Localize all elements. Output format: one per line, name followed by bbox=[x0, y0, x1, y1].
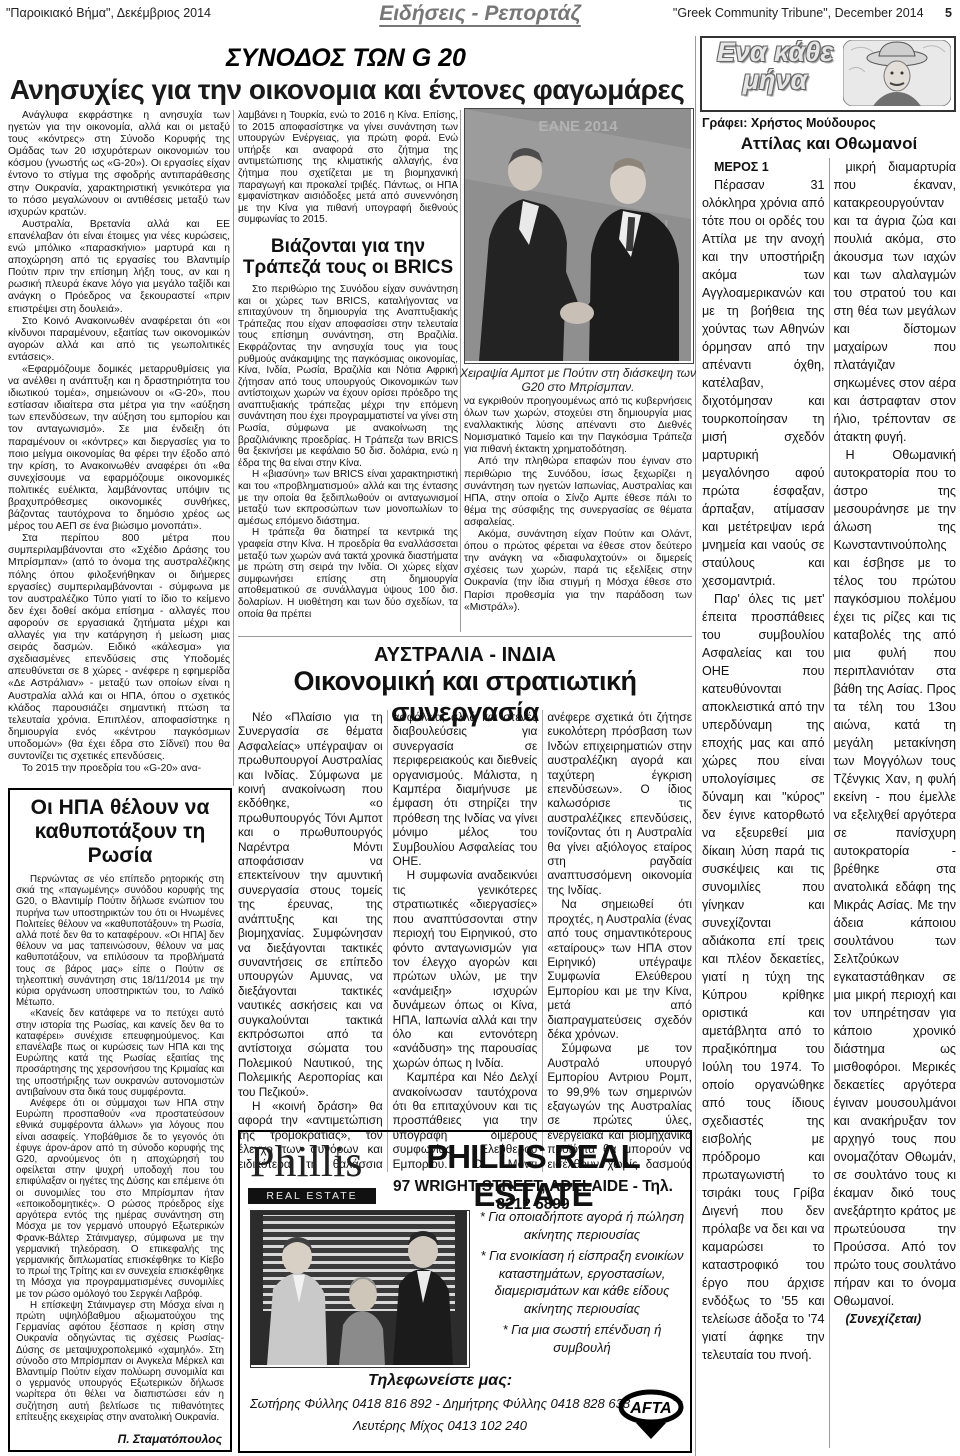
g20-handshake-photo: EANE 2014 20 SU bbox=[464, 108, 694, 364]
ad-phones-1: Σωτήρης Φύλλης 0418 816 892 - Δημήτρης Φ… bbox=[244, 1396, 636, 1411]
monthly-column-title: Ενα κάθε μήνα bbox=[706, 38, 844, 94]
paragraph: * Για οποιαδήποτε αγορά ή πώληση ακίνητη… bbox=[476, 1208, 688, 1243]
paragraph: * Για ενοικίαση ή είσπραξη ενοικίων κατα… bbox=[476, 1247, 688, 1317]
paragraph: Η επίσκεψη Στάινμαγερ στη Μόσχα είναι η … bbox=[16, 1300, 224, 1423]
australia-india-body: Νέο «Πλαίσιο για τη Συνεργασία σε θέματα… bbox=[238, 710, 692, 1172]
columnist-cartoon bbox=[843, 40, 951, 106]
monthly-continuation: (Συνεχίζεται) bbox=[834, 1310, 957, 1328]
paragraph: Στο περιθώριο της Συνόδου είχαν συνάντησ… bbox=[238, 284, 458, 470]
page-number: 5 bbox=[945, 6, 952, 20]
section-rule bbox=[238, 636, 692, 637]
monthly-headline: Αττίλας και Οθωμανοί bbox=[700, 134, 958, 154]
paragraph: Ανάγλυφα εκφράστηκε η ανησυχία των ηγετώ… bbox=[8, 110, 230, 219]
article-column-3: να εγκριθούν προηγουμένως από τις κυβερν… bbox=[464, 396, 692, 632]
usa-russia-article: Οι ΗΠΑ θέλουν να καθυποτάξουν τη Ρωσία Π… bbox=[8, 788, 232, 1452]
byline: Π. Σταματόπουλος bbox=[112, 1432, 222, 1446]
paragraph: «Κανείς δεν κατάφερε να το πετύχει αυτό … bbox=[16, 1008, 224, 1098]
agents-photo bbox=[250, 1210, 470, 1368]
paragraph: Να σημειωθεί ότι προχτές, η Αυστραλία (έ… bbox=[547, 897, 692, 1041]
paragraph: Ανέφερε ότι οι σύμμαχοι των ΗΠΑ στην Ευρ… bbox=[16, 1098, 224, 1300]
column-rule bbox=[233, 110, 234, 786]
brics-headline: Βιάζονται για την Τράπεζά τους οι BRICS bbox=[238, 236, 458, 278]
svg-text:AFTA: AFTA bbox=[629, 1400, 671, 1417]
masthead-right: "Greek Community Tribune", December 2014… bbox=[673, 6, 952, 20]
paragraph: Η Οθωμανική αυτοκρατορία που το άστρο τη… bbox=[834, 446, 957, 1310]
article-column-1: Ανάγλυφα εκφράστηκε η ανησυχία των ηγετώ… bbox=[8, 110, 230, 786]
paragraph: Η «βιασύνη» των BRICS είναι χαρακτηριστι… bbox=[238, 469, 458, 527]
masthead-right-text: "Greek Community Tribune", December 2014 bbox=[673, 6, 924, 20]
article-column-2: λαμβάνει η Τουρκία, ενώ το 2016 η Κίνα. … bbox=[238, 110, 458, 632]
paragraph: Από την πληθώρα επαφών που έγιναν στο πε… bbox=[464, 456, 692, 529]
monthly-column-header: Ενα κάθε μήνα bbox=[700, 36, 956, 112]
usa-russia-body: Περνώντας σε νέο επίπεδο ρητορικής στη σ… bbox=[16, 874, 224, 1440]
paragraph: Αυστραλία, Βρετανία αλλά και ΕΕ επανέλαβ… bbox=[8, 219, 230, 316]
monthly-title-line2: μήνα bbox=[706, 66, 844, 94]
paragraph: «Εφαρμόζουμε δομικές μεταρρυθμίσεις για … bbox=[8, 364, 230, 533]
ad-services-list: * Για οποιαδήποτε αγορά ή πώληση ακίνητη… bbox=[476, 1208, 688, 1360]
article-continuation: λαμβάνει η Τουρκία, ενώ το 2016 η Κίνα. … bbox=[238, 110, 458, 226]
paragraph: Η συμφωνία αναδεικνύει τις γενικότερες σ… bbox=[393, 868, 538, 1070]
column-rule bbox=[695, 36, 696, 1456]
article-kicker: ΣΥΝΟΔΟΣ ΤΩΝ G 20 bbox=[0, 44, 692, 73]
paragraph: Στο Κοινό Ανακοινωθέν αναφέρεται ότι «οι… bbox=[8, 316, 230, 364]
article-headline: Ανησυχίες για την οικονομια και έντονες … bbox=[0, 74, 694, 106]
paragraph: Νέο «Πλαίσιο για τη Συνεργασία σε θέματα… bbox=[238, 710, 383, 1099]
monthly-title-line1: Ενα κάθε bbox=[706, 38, 844, 66]
g20-photo-illustration: EANE 2014 20 SU bbox=[465, 109, 691, 361]
phillis-ad: Phillis REAL ESTATE PHILLIS REAL ESTATE … bbox=[238, 1130, 692, 1453]
paragraph: Το 2015 την προεδρία του «G-20» ανα- bbox=[8, 763, 230, 775]
paragraph: Στα περίπου 800 μέτρα που συμπεριλαμβάνο… bbox=[8, 533, 230, 763]
monthly-paragraphs: Πέρασαν 31 ολόκληρα χρόνια από τότε που … bbox=[702, 158, 956, 1364]
phillis-logo-subtitle: REAL ESTATE bbox=[248, 1188, 376, 1204]
paragraph: Ακόμα, συνάντηση είχαν Πούτιν και Ολάντ,… bbox=[464, 529, 692, 614]
photo-caption: Χειραψία Αμποτ με Πούτιν στη διάσκεψη τω… bbox=[458, 366, 698, 394]
paragraph: * Για μια σωστή επένδυση ή συμβουλή bbox=[476, 1321, 688, 1356]
ad-phones-2: Λευτέρης Μίχος 0413 102 240 bbox=[244, 1418, 636, 1433]
monthly-part-label: ΜΕΡΟΣ 1 bbox=[702, 158, 825, 176]
monthly-author: Γράφει: Χρήστος Μούδουρος bbox=[702, 116, 882, 130]
paragraph: Πέρασαν 31 ολόκληρα χρόνια από τότε που … bbox=[702, 176, 825, 590]
svg-text:EANE 2014: EANE 2014 bbox=[538, 118, 618, 135]
brics-body: Στο περιθώριο της Συνόδου είχαν συνάντησ… bbox=[238, 284, 458, 620]
paragraph: λαμβάνει η Τουρκία, ενώ το 2016 η Κίνα. … bbox=[238, 110, 458, 226]
paragraph: Η τράπεζα θα διατηρεί τα κεντρικά της γρ… bbox=[238, 527, 458, 620]
ad-call-us: Τηλεφωνείστε μας: bbox=[260, 1372, 620, 1390]
australia-india-kicker: ΑΥΣΤΡΑΛΙΑ - ΙΝΔΙΑ bbox=[238, 644, 692, 667]
afta-logo-graphic: AFTA bbox=[618, 1381, 684, 1445]
afta-logo: AFTA bbox=[618, 1381, 684, 1445]
usa-russia-headline: Οι ΗΠΑ θέλουν να καθυποτάξουν τη Ρωσία bbox=[16, 796, 224, 868]
paragraph: Περνώντας σε νέο επίπεδο ρητορικής στη σ… bbox=[16, 874, 224, 1008]
paragraph: μικρή διαμαρτυρία που έκαναν, κατακρεουρ… bbox=[834, 158, 957, 446]
agents-photo-illustration bbox=[251, 1211, 467, 1365]
phillis-logo: Phillis bbox=[250, 1136, 363, 1187]
newspaper-page: "Παροικιακό Βήμα", Δεκέμβριος 2014 Ειδήσ… bbox=[0, 0, 960, 1456]
paragraph: να εγκριθούν προηγουμένως από τις κυβερν… bbox=[464, 396, 692, 456]
columnist-cartoon-drawing bbox=[843, 40, 951, 106]
monthly-body: ΜΕΡΟΣ 1 Πέρασαν 31 ολόκληρα χρόνια από τ… bbox=[702, 158, 956, 1448]
paragraph: Παρ' όλες τις μετ' έπειτα προσπάθειες το… bbox=[702, 590, 825, 1364]
